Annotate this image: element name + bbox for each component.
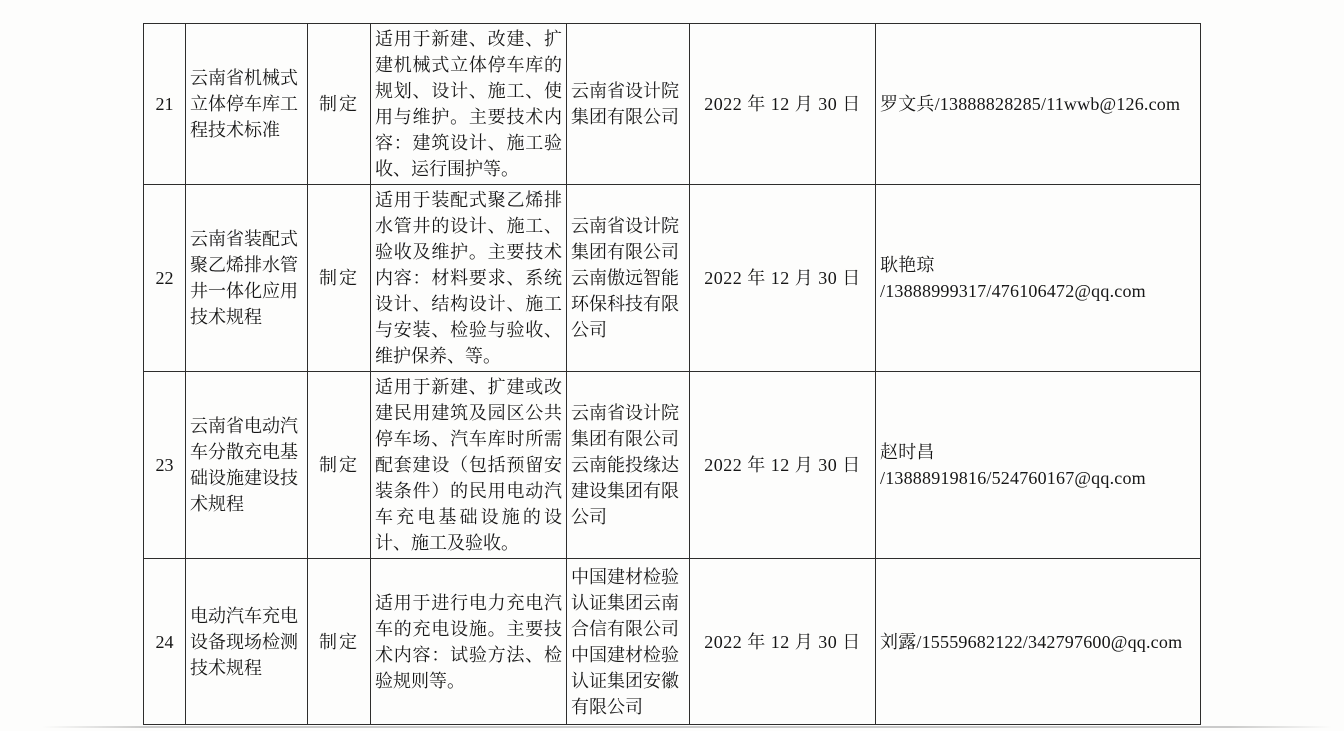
cell-action-type: 制定 xyxy=(308,24,371,185)
cell-scope-content: 适用于进行电力充电汽车的充电设施。主要技术内容：试验方法、检验规则等。 xyxy=(371,559,567,725)
cell-contact-info: 耿艳琼 /13888999317/476106472@qq.com xyxy=(876,185,1201,372)
cell-scope-content: 适用于新建、改建、扩建机械式立体停车库的规划、设计、施工、使用与维护。主要技术内… xyxy=(371,24,567,185)
cell-standard-name: 云南省电动汽车分散充电基础设施建设技术规程 xyxy=(186,372,308,559)
scan-artifact-line xyxy=(42,726,1332,728)
table-row: 21 云南省机械式立体停车库工程技术标准 制定 适用于新建、改建、扩建机械式立体… xyxy=(144,24,1201,185)
table-row: 23 云南省电动汽车分散充电基础设施建设技术规程 制定 适用于新建、扩建或改建民… xyxy=(144,372,1201,559)
cell-contact-info: 赵时昌 /13888919816/524760167@qq.com xyxy=(876,372,1201,559)
cell-seq-number: 24 xyxy=(144,559,186,725)
cell-seq-number: 22 xyxy=(144,185,186,372)
cell-date: 2022 年 12 月 30 日 xyxy=(690,559,876,725)
scanned-document-page: 21 云南省机械式立体停车库工程技术标准 制定 适用于新建、改建、扩建机械式立体… xyxy=(0,0,1344,731)
cell-organization: 中国建材检验认证集团云南合信有限公司 中国建材检验认证集团安徽有限公司 xyxy=(567,559,690,725)
cell-scope-content: 适用于装配式聚乙烯排水管井的设计、施工、验收及维护。主要技术内容：材料要求、系统… xyxy=(371,185,567,372)
cell-seq-number: 21 xyxy=(144,24,186,185)
table-row: 24 电动汽车充电设备现场检测技术规程 制定 适用于进行电力充电汽车的充电设施。… xyxy=(144,559,1201,725)
cell-action-type: 制定 xyxy=(308,372,371,559)
cell-scope-content: 适用于新建、扩建或改建民用建筑及园区公共停车场、汽车库时所需配套建设（包括预留安… xyxy=(371,372,567,559)
cell-action-type: 制定 xyxy=(308,185,371,372)
cell-date: 2022 年 12 月 30 日 xyxy=(690,24,876,185)
cell-date: 2022 年 12 月 30 日 xyxy=(690,185,876,372)
cell-organization: 云南省设计院集团有限公司 xyxy=(567,24,690,185)
cell-organization: 云南省设计院集团有限公司 云南能投缘达建设集团有限公司 xyxy=(567,372,690,559)
table-row: 22 云南省装配式聚乙烯排水管井一体化应用技术规程 制定 适用于装配式聚乙烯排水… xyxy=(144,185,1201,372)
cell-action-type: 制定 xyxy=(308,559,371,725)
cell-standard-name: 电动汽车充电设备现场检测技术规程 xyxy=(186,559,308,725)
cell-organization: 云南省设计院集团有限公司 云南傲远智能环保科技有限公司 xyxy=(567,185,690,372)
standards-table: 21 云南省机械式立体停车库工程技术标准 制定 适用于新建、改建、扩建机械式立体… xyxy=(143,23,1201,725)
cell-standard-name: 云南省装配式聚乙烯排水管井一体化应用技术规程 xyxy=(186,185,308,372)
cell-standard-name: 云南省机械式立体停车库工程技术标准 xyxy=(186,24,308,185)
cell-contact-info: 刘露/15559682122/342797600@qq.com xyxy=(876,559,1201,725)
cell-contact-info: 罗文兵/13888828285/11wwb@126.com xyxy=(876,24,1201,185)
cell-date: 2022 年 12 月 30 日 xyxy=(690,372,876,559)
cell-seq-number: 23 xyxy=(144,372,186,559)
